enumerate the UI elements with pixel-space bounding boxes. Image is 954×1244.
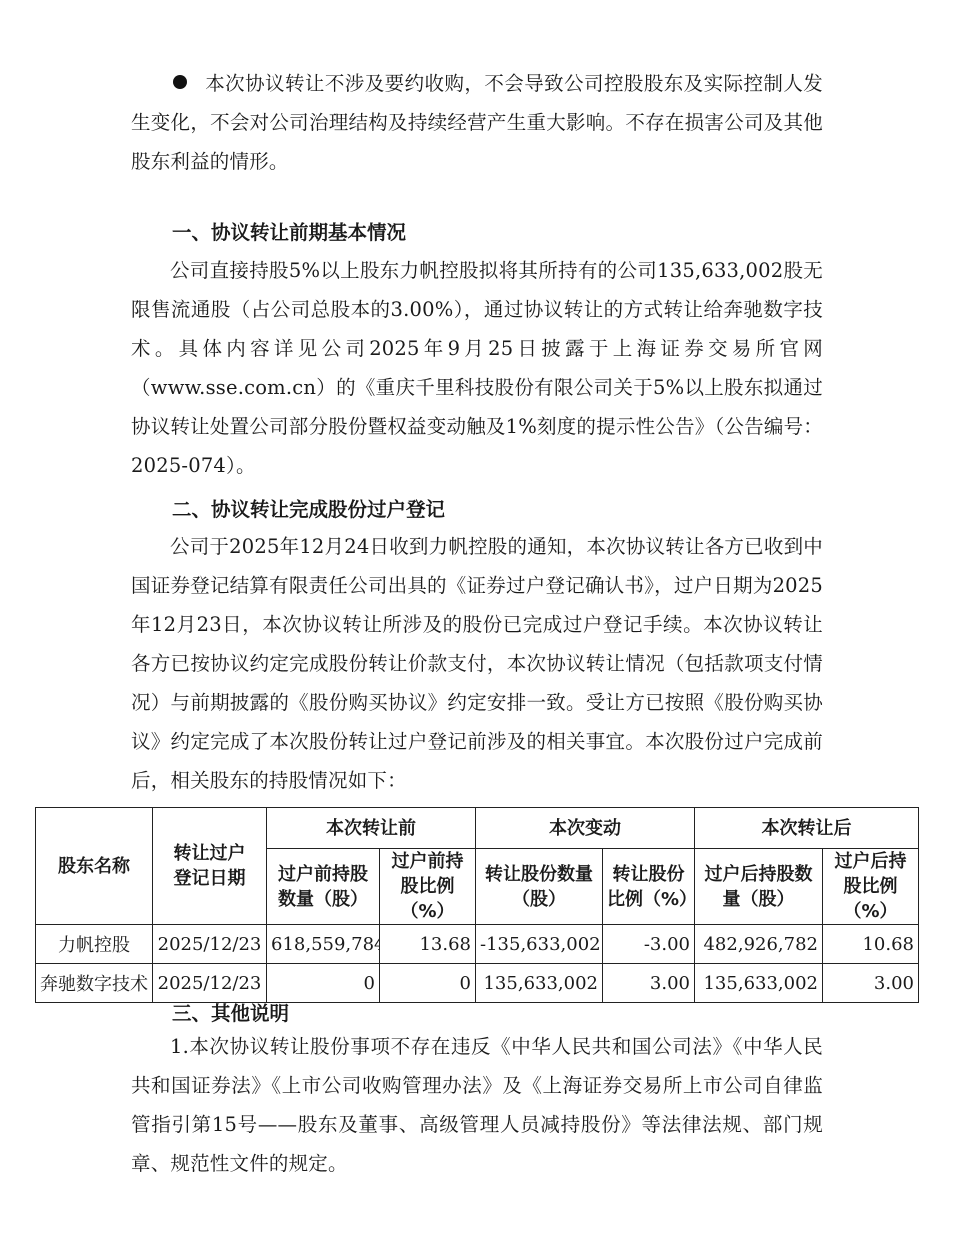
cell-shareholder: 奔驰数字技术 <box>36 964 153 1003</box>
section1-body: 公司直接持股5%以上股东力帆控股拟将其所持有的公司135,633,002股无限售… <box>131 251 823 485</box>
section3-body: 1.本次协议转让股份事项不存在违反《中华人民共和国公司法》《中华人民共和国证券法… <box>131 1027 823 1183</box>
document-page: 本次协议转让不涉及要约收购，不会导致公司控股股东及实际控制人发生变化，不会对公司… <box>0 0 954 1244</box>
cell-change-pct: 3.00 <box>603 964 695 1003</box>
table-row: 奔驰数字技术 2025/12/23 0 0 135,633,002 3.00 1… <box>36 964 919 1003</box>
cell-change-pct: -3.00 <box>603 925 695 964</box>
cell-before-shares: 0 <box>267 964 380 1003</box>
section2-heading: 二、协议转让完成股份过户登记 <box>172 495 445 525</box>
header-before-pct: 过户前持股比例（%） <box>380 849 476 925</box>
cell-after-shares: 135,633,002 <box>695 964 823 1003</box>
cell-before-pct: 13.68 <box>380 925 476 964</box>
table-row: 力帆控股 2025/12/23 618,559,784 13.68 -135,6… <box>36 925 919 964</box>
cell-date: 2025/12/23 <box>153 925 267 964</box>
header-change-pct: 转让股份比例（%） <box>603 849 695 925</box>
bullet-paragraph-text: 本次协议转让不涉及要约收购，不会导致公司控股股东及实际控制人发生变化，不会对公司… <box>131 72 823 173</box>
cell-before-shares: 618,559,784 <box>267 925 380 964</box>
header-before-group: 本次转让前 <box>267 808 476 849</box>
header-after-shares: 过户后持股数量（股） <box>695 849 823 925</box>
section2-body: 公司于2025年12月24日收到力帆控股的通知，本次协议转让各方已收到中国证券登… <box>131 527 823 800</box>
bullet-paragraph: 本次协议转让不涉及要约收购，不会导致公司控股股东及实际控制人发生变化，不会对公司… <box>131 64 823 181</box>
cell-after-pct: 3.00 <box>823 964 919 1003</box>
header-after-group: 本次转让后 <box>695 808 919 849</box>
shareholding-table: 股东名称 转让过户登记日期 本次转让前 本次变动 本次转让后 过户前持股数量（股… <box>35 807 919 1003</box>
cell-change-shares: -135,633,002 <box>476 925 603 964</box>
header-change-shares: 转让股份数量（股） <box>476 849 603 925</box>
cell-after-pct: 10.68 <box>823 925 919 964</box>
cell-date: 2025/12/23 <box>153 964 267 1003</box>
bullet-dot-icon <box>173 75 187 89</box>
header-shareholder: 股东名称 <box>36 808 153 925</box>
cell-change-shares: 135,633,002 <box>476 964 603 1003</box>
cell-before-pct: 0 <box>380 964 476 1003</box>
header-after-pct: 过户后持股比例（%） <box>823 849 919 925</box>
section1-heading: 一、协议转让前期基本情况 <box>172 218 406 248</box>
section3-heading: 三、其他说明 <box>172 999 289 1029</box>
header-before-shares: 过户前持股数量（股） <box>267 849 380 925</box>
cell-shareholder: 力帆控股 <box>36 925 153 964</box>
cell-after-shares: 482,926,782 <box>695 925 823 964</box>
header-change-group: 本次变动 <box>476 808 695 849</box>
header-date: 转让过户登记日期 <box>153 808 267 925</box>
